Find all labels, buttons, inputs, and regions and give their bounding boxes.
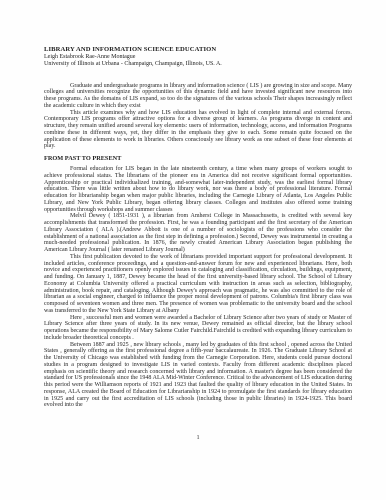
paper-title: LIBRARY AND INFORMATION SCIENCE EDUCATIO… xyxy=(44,46,352,54)
section-from-past-to-present: FROM PAST TO PRESENT Formal education fo… xyxy=(44,155,352,409)
paper-authors: Leigh Estabrook Rae-Anne Montague xyxy=(44,54,352,61)
page-footer: 1 xyxy=(44,426,352,444)
paper-affiliation: University of Illinois at Urbana - Champ… xyxy=(44,61,352,68)
body-paragraph-4: Here , successful men and women were awa… xyxy=(44,315,352,342)
body-paragraph-1: Formal education for LIS began in the la… xyxy=(44,166,352,213)
abstract-section: Graduate and undergraduate programs in l… xyxy=(44,83,352,151)
section-heading: FROM PAST TO PRESENT xyxy=(44,155,352,163)
paper-header: LIBRARY AND INFORMATION SCIENCE EDUCATIO… xyxy=(44,46,352,68)
abstract-paragraph-1: Graduate and undergraduate programs in l… xyxy=(44,83,352,110)
document-page: LIBRARY AND INFORMATION SCIENCE EDUCATIO… xyxy=(0,0,386,500)
body-paragraph-3: This first publication devoted to the wo… xyxy=(44,254,352,315)
body-paragraph-2: Melvil Dewey ( 1851-1931 ), a librarian … xyxy=(44,213,352,254)
abstract-paragraph-2: This article examines why and how LIS ed… xyxy=(44,110,352,151)
body-paragraph-5: Between 1887 and 1925 , new library scho… xyxy=(44,342,352,410)
page-number: 1 xyxy=(196,434,199,441)
